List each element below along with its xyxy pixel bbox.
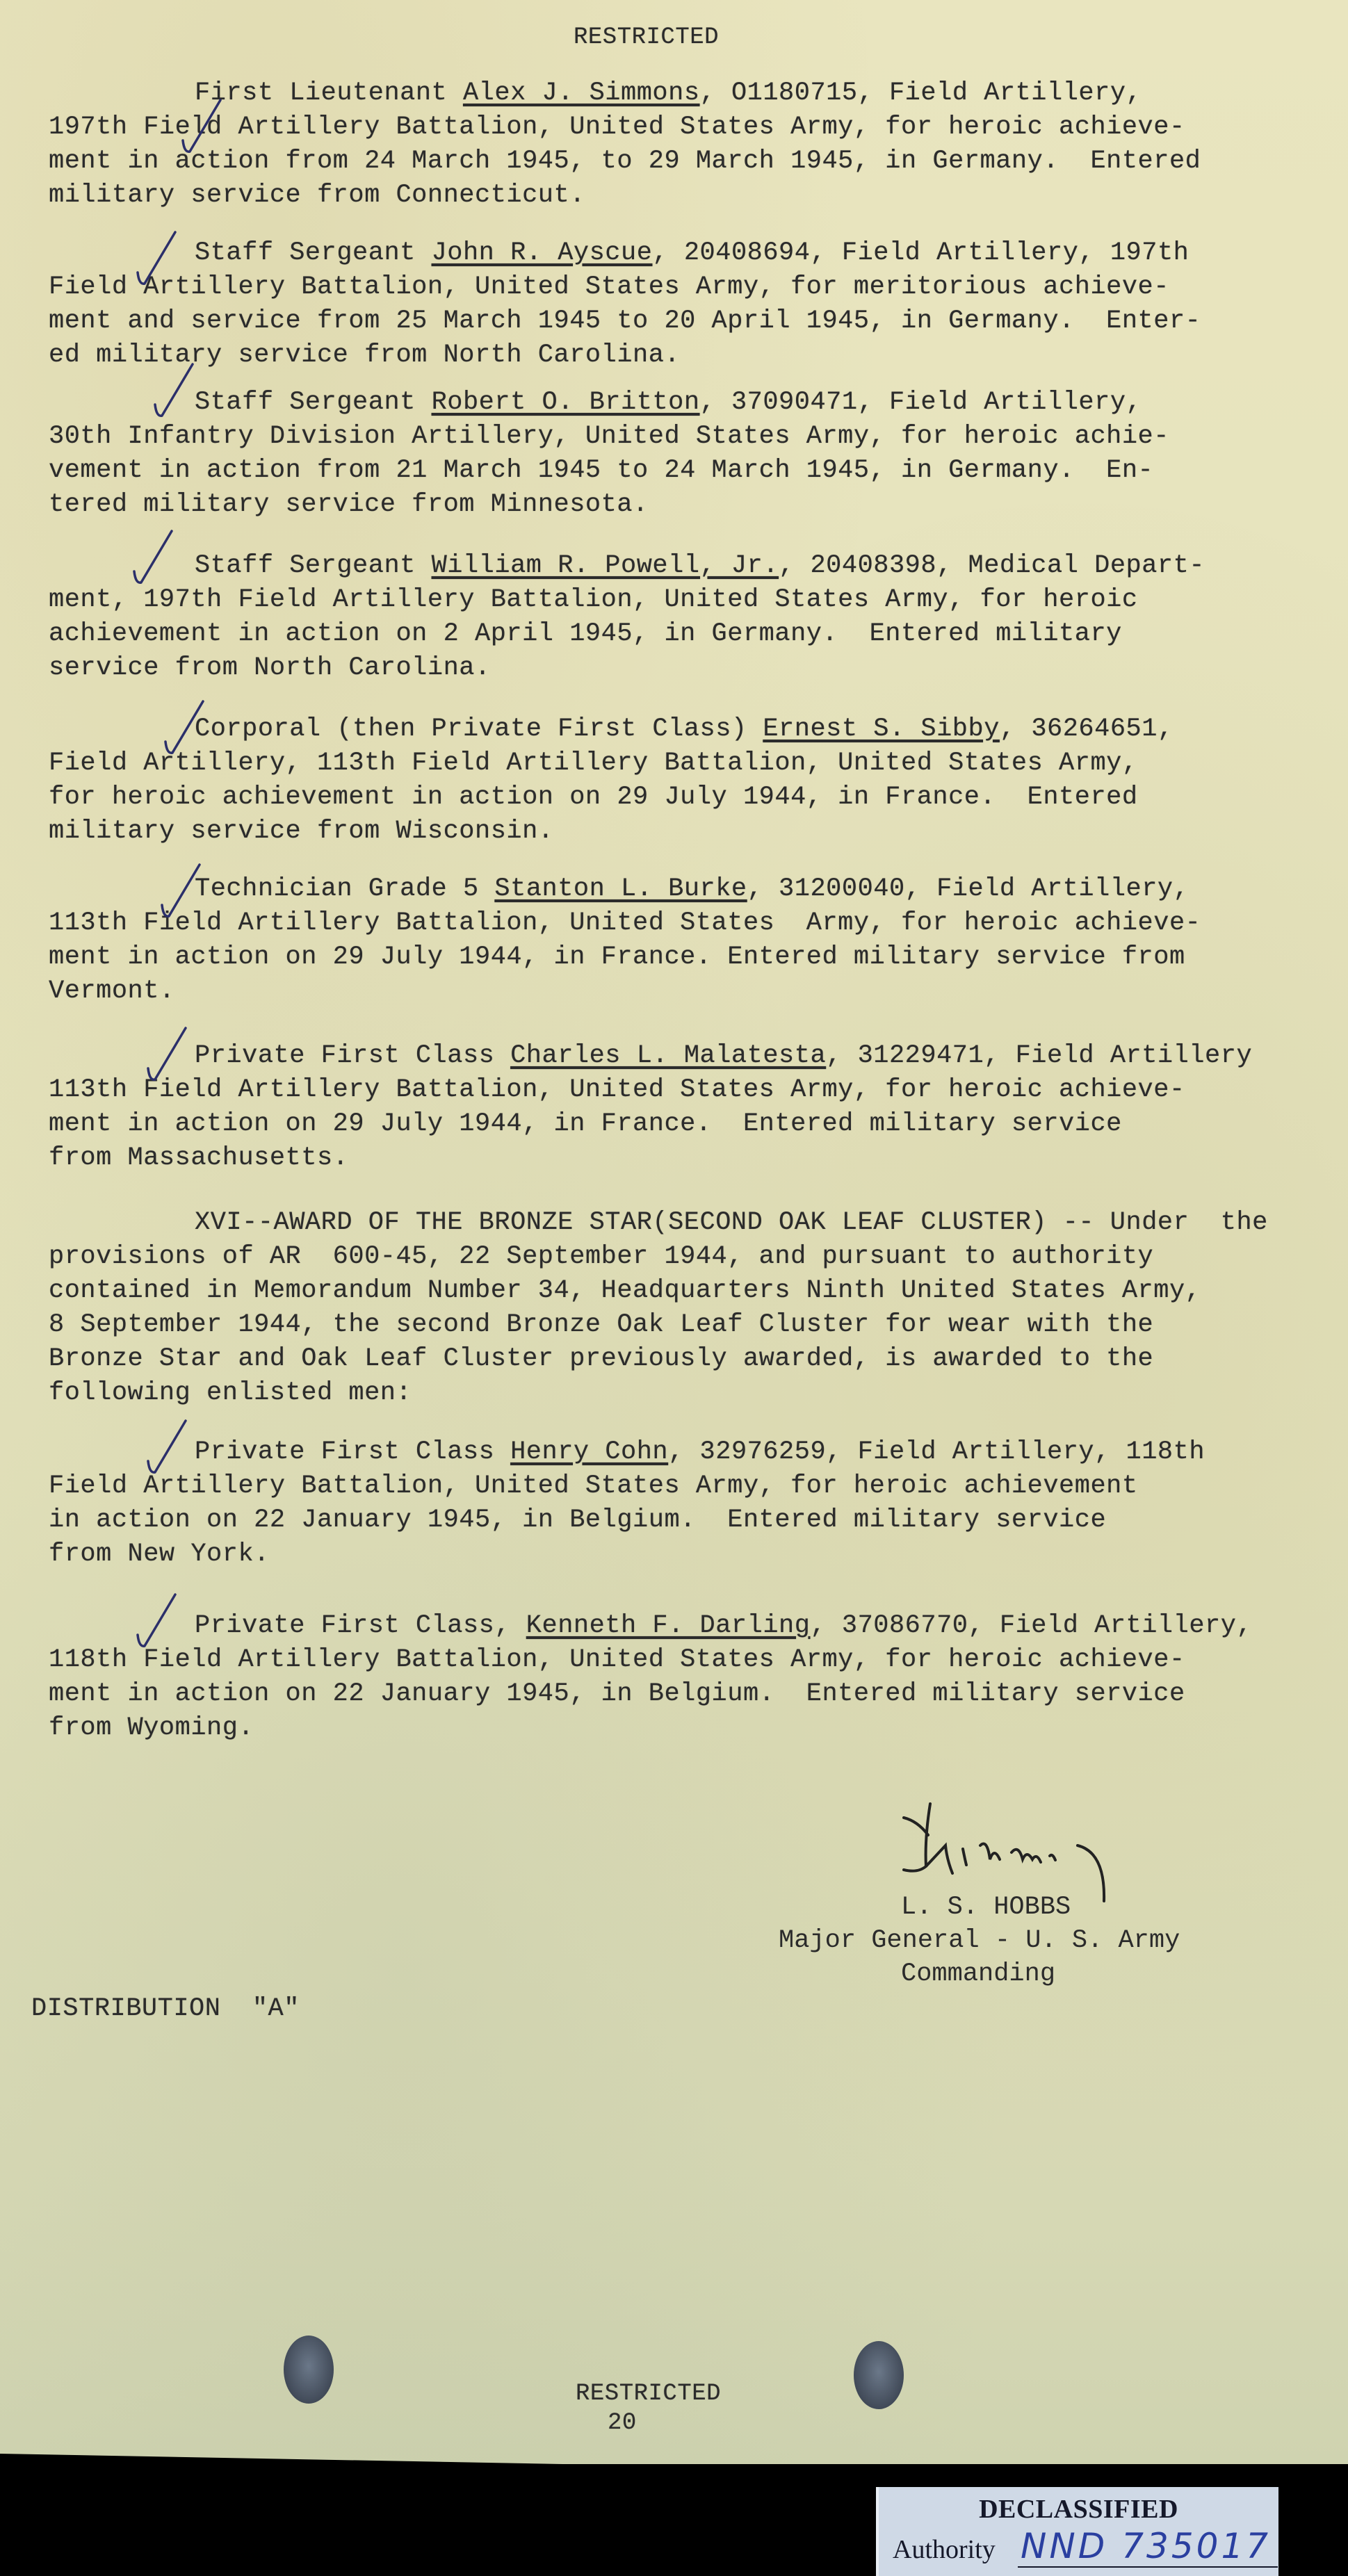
stamp-authority-value: NND 735017 bbox=[1018, 2526, 1278, 2568]
text-run: Bronze Star and Oak Leaf Cluster previou… bbox=[49, 1344, 1153, 1373]
section-xvi-paragraph: XVI--AWARD OF THE BRONZE STAR(SECOND OAK… bbox=[49, 1206, 1268, 1410]
punch-hole-left bbox=[284, 2335, 334, 2404]
text-line: vement in action from 21 March 1945 to 2… bbox=[49, 454, 1169, 488]
text-run: , 37086770, Field Artillery, bbox=[810, 1611, 1252, 1640]
text-run: , 36264651, bbox=[1000, 715, 1174, 744]
citation-paragraph: Staff Sergeant Robert O. Britton, 370904… bbox=[49, 386, 1169, 522]
text-run: in action on 22 January 1945, in Belgium… bbox=[49, 1506, 1106, 1535]
distribution-line: DISTRIBUTION "A" bbox=[31, 1992, 300, 2026]
text-run: ment in action on 29 July 1944, in Franc… bbox=[49, 1109, 1122, 1139]
text-line: Technician Grade 5 Stanton L. Burke, 312… bbox=[49, 872, 1201, 906]
recipient-name: John R. Ayscue bbox=[432, 238, 653, 268]
text-run: for heroic achievement in action on 29 J… bbox=[49, 783, 1138, 812]
signatory-name: L. S. HOBBS bbox=[901, 1891, 1071, 1925]
text-run: from Massachusetts. bbox=[49, 1143, 348, 1173]
recipient-name: Kenneth F. Darling bbox=[526, 1611, 811, 1640]
text-line: ment in action on 22 January 1945, in Be… bbox=[49, 1677, 1252, 1711]
citation-paragraph: Private First Class Henry Cohn, 32976259… bbox=[49, 1435, 1205, 1572]
text-run: ment in action on 22 January 1945, in Be… bbox=[49, 1679, 1185, 1709]
text-line: following enlisted men: bbox=[49, 1376, 1268, 1410]
text-run: contained in Memorandum Number 34, Headq… bbox=[49, 1276, 1201, 1305]
text-run: ment and service from 25 March 1945 to 2… bbox=[49, 307, 1201, 336]
text-run: Staff Sergeant bbox=[195, 551, 432, 580]
text-line: provisions of AR 600-45, 22 September 19… bbox=[49, 1240, 1268, 1274]
text-line: from New York. bbox=[49, 1538, 1205, 1572]
text-line: 118th Field Artillery Battalion, United … bbox=[49, 1643, 1252, 1677]
text-line: military service from Connecticut. bbox=[49, 179, 1201, 213]
declassified-stamp: DECLASSIFIED Authority NND 735017 bbox=[876, 2487, 1278, 2576]
text-run: 113th Field Artillery Battalion, United … bbox=[49, 908, 1201, 938]
text-run: , 31229471, Field Artillery bbox=[826, 1041, 1252, 1070]
text-run: ment in action on 29 July 1944, in Franc… bbox=[49, 943, 1185, 972]
text-run: Private First Class bbox=[195, 1041, 510, 1070]
header-classification-marking: RESTRICTED bbox=[574, 21, 719, 55]
text-line: for heroic achievement in action on 29 J… bbox=[49, 781, 1174, 815]
text-line: ment in action on 29 July 1944, in Franc… bbox=[49, 1107, 1252, 1141]
text-line: Private First Class Charles L. Malatesta… bbox=[49, 1039, 1252, 1073]
text-run: military service from Wisconsin. bbox=[49, 817, 554, 846]
text-line: service from North Carolina. bbox=[49, 651, 1205, 685]
text-run: , 20408398, Medical Depart- bbox=[779, 551, 1205, 580]
recipient-name: Alex J. Simmons bbox=[463, 79, 700, 108]
signatory-role: Commanding bbox=[901, 1957, 1055, 1991]
text-line: ment in action on 29 July 1944, in Franc… bbox=[49, 940, 1201, 975]
recipient-name: William R. Powell, Jr. bbox=[432, 551, 779, 580]
text-line: military service from Wisconsin. bbox=[49, 815, 1174, 849]
recipient-name: Henry Cohn bbox=[510, 1437, 668, 1467]
text-line: Field Artillery Battalion, United States… bbox=[49, 270, 1201, 304]
text-run: ment in action from 24 March 1945, to 29… bbox=[49, 147, 1201, 176]
text-run: Field Artillery, 113th Field Artillery B… bbox=[49, 749, 1138, 778]
text-run: XVI--AWARD OF THE BRONZE STAR(SECOND OAK… bbox=[195, 1208, 1268, 1237]
text-run: achievement in action on 2 April 1945, i… bbox=[49, 619, 1122, 649]
text-line: Corporal (then Private First Class) Erne… bbox=[49, 712, 1174, 747]
text-run: Corporal (then Private First Class) bbox=[195, 715, 763, 744]
text-line: tered military service from Minnesota. bbox=[49, 488, 1169, 522]
text-line: 197th Field Artillery Battalion, United … bbox=[49, 111, 1201, 145]
stamp-title: DECLASSIFIED bbox=[879, 2494, 1278, 2525]
text-line: XVI--AWARD OF THE BRONZE STAR(SECOND OAK… bbox=[49, 1206, 1268, 1240]
text-line: 30th Infantry Division Artillery, United… bbox=[49, 420, 1169, 454]
punch-hole-right bbox=[854, 2341, 904, 2409]
citation-paragraph: Corporal (then Private First Class) Erne… bbox=[49, 712, 1174, 849]
text-run: following enlisted men: bbox=[49, 1378, 412, 1408]
text-run: Private First Class, bbox=[195, 1611, 526, 1640]
text-run: service from North Carolina. bbox=[49, 653, 491, 683]
text-run: ed military service from North Carolina. bbox=[49, 341, 680, 370]
text-run: 118th Field Artillery Battalion, United … bbox=[49, 1645, 1185, 1674]
text-line: from Massachusetts. bbox=[49, 1141, 1252, 1175]
text-run: Field Artillery Battalion, United States… bbox=[49, 272, 1169, 302]
text-run: vement in action from 21 March 1945 to 2… bbox=[49, 456, 1153, 485]
text-run: ment, 197th Field Artillery Battalion, U… bbox=[49, 585, 1138, 614]
text-line: ment and service from 25 March 1945 to 2… bbox=[49, 304, 1201, 339]
text-run: First Lieutenant bbox=[195, 79, 463, 108]
citation-paragraph: Private First Class, Kenneth F. Darling,… bbox=[49, 1609, 1252, 1745]
text-line: 8 September 1944, the second Bronze Oak … bbox=[49, 1308, 1268, 1342]
text-line: Staff Sergeant William R. Powell, Jr., 2… bbox=[49, 549, 1205, 583]
text-run: provisions of AR 600-45, 22 September 19… bbox=[49, 1242, 1153, 1271]
footer-classification-marking: RESTRICTED bbox=[576, 2377, 721, 2411]
text-run: Private First Class bbox=[195, 1437, 510, 1467]
text-run: 197th Field Artillery Battalion, United … bbox=[49, 113, 1185, 142]
text-run: , 37090471, Field Artillery, bbox=[700, 388, 1142, 417]
text-run: 30th Infantry Division Artillery, United… bbox=[49, 422, 1169, 451]
text-line: Bronze Star and Oak Leaf Cluster previou… bbox=[49, 1342, 1268, 1376]
citation-paragraph: First Lieutenant Alex J. Simmons, O11807… bbox=[49, 76, 1201, 213]
text-line: Field Artillery, 113th Field Artillery B… bbox=[49, 747, 1174, 781]
recipient-name: Stanton L. Burke bbox=[494, 874, 747, 904]
text-line: Vermont. bbox=[49, 975, 1201, 1009]
signatory-rank: Major General - U. S. Army bbox=[779, 1924, 1180, 1958]
citation-paragraph: Private First Class Charles L. Malatesta… bbox=[49, 1039, 1252, 1175]
text-line: 113th Field Artillery Battalion, United … bbox=[49, 1073, 1252, 1107]
text-run: Field Artillery Battalion, United States… bbox=[49, 1472, 1138, 1501]
text-line: in action on 22 January 1945, in Belgium… bbox=[49, 1503, 1205, 1538]
text-line: Private First Class Henry Cohn, 32976259… bbox=[49, 1435, 1205, 1469]
text-line: Field Artillery Battalion, United States… bbox=[49, 1469, 1205, 1503]
text-run: from New York. bbox=[49, 1540, 270, 1569]
text-run: 113th Field Artillery Battalion, United … bbox=[49, 1075, 1185, 1104]
text-line: achievement in action on 2 April 1945, i… bbox=[49, 617, 1205, 651]
text-line: 113th Field Artillery Battalion, United … bbox=[49, 906, 1201, 940]
recipient-name: Charles L. Malatesta bbox=[510, 1041, 826, 1070]
text-run: Staff Sergeant bbox=[195, 238, 432, 268]
text-run: tered military service from Minnesota. bbox=[49, 490, 649, 519]
text-run: , 32976259, Field Artillery, 118th bbox=[668, 1437, 1205, 1467]
text-run: military service from Connecticut. bbox=[49, 181, 585, 210]
text-run: from Wyoming. bbox=[49, 1713, 254, 1743]
text-run: Vermont. bbox=[49, 977, 175, 1006]
text-line: contained in Memorandum Number 34, Headq… bbox=[49, 1274, 1268, 1308]
citation-paragraph: Technician Grade 5 Stanton L. Burke, 312… bbox=[49, 872, 1201, 1009]
text-line: Staff Sergeant Robert O. Britton, 370904… bbox=[49, 386, 1169, 420]
citation-paragraph: Staff Sergeant William R. Powell, Jr., 2… bbox=[49, 549, 1205, 685]
text-line: Staff Sergeant John R. Ayscue, 20408694,… bbox=[49, 236, 1201, 270]
text-line: from Wyoming. bbox=[49, 1711, 1252, 1745]
text-run: 8 September 1944, the second Bronze Oak … bbox=[49, 1310, 1153, 1339]
text-run: , O1180715, Field Artillery, bbox=[700, 79, 1142, 108]
citation-paragraph: Staff Sergeant John R. Ayscue, 20408694,… bbox=[49, 236, 1201, 373]
text-line: First Lieutenant Alex J. Simmons, O11807… bbox=[49, 76, 1201, 111]
text-run: , 31200040, Field Artillery, bbox=[747, 874, 1189, 904]
recipient-name: Robert O. Britton bbox=[432, 388, 700, 417]
text-run: Staff Sergeant bbox=[195, 388, 432, 417]
recipient-name: Ernest S. Sibby bbox=[763, 715, 1000, 744]
page-number: 20 bbox=[608, 2406, 637, 2440]
text-line: ment, 197th Field Artillery Battalion, U… bbox=[49, 583, 1205, 617]
stamp-authority-label: Authority bbox=[893, 2534, 996, 2565]
text-run: Technician Grade 5 bbox=[195, 874, 494, 904]
text-run: , 20408694, Field Artillery, 197th bbox=[652, 238, 1189, 268]
text-line: ment in action from 24 March 1945, to 29… bbox=[49, 145, 1201, 179]
text-line: ed military service from North Carolina. bbox=[49, 339, 1201, 373]
text-line: Private First Class, Kenneth F. Darling,… bbox=[49, 1609, 1252, 1643]
